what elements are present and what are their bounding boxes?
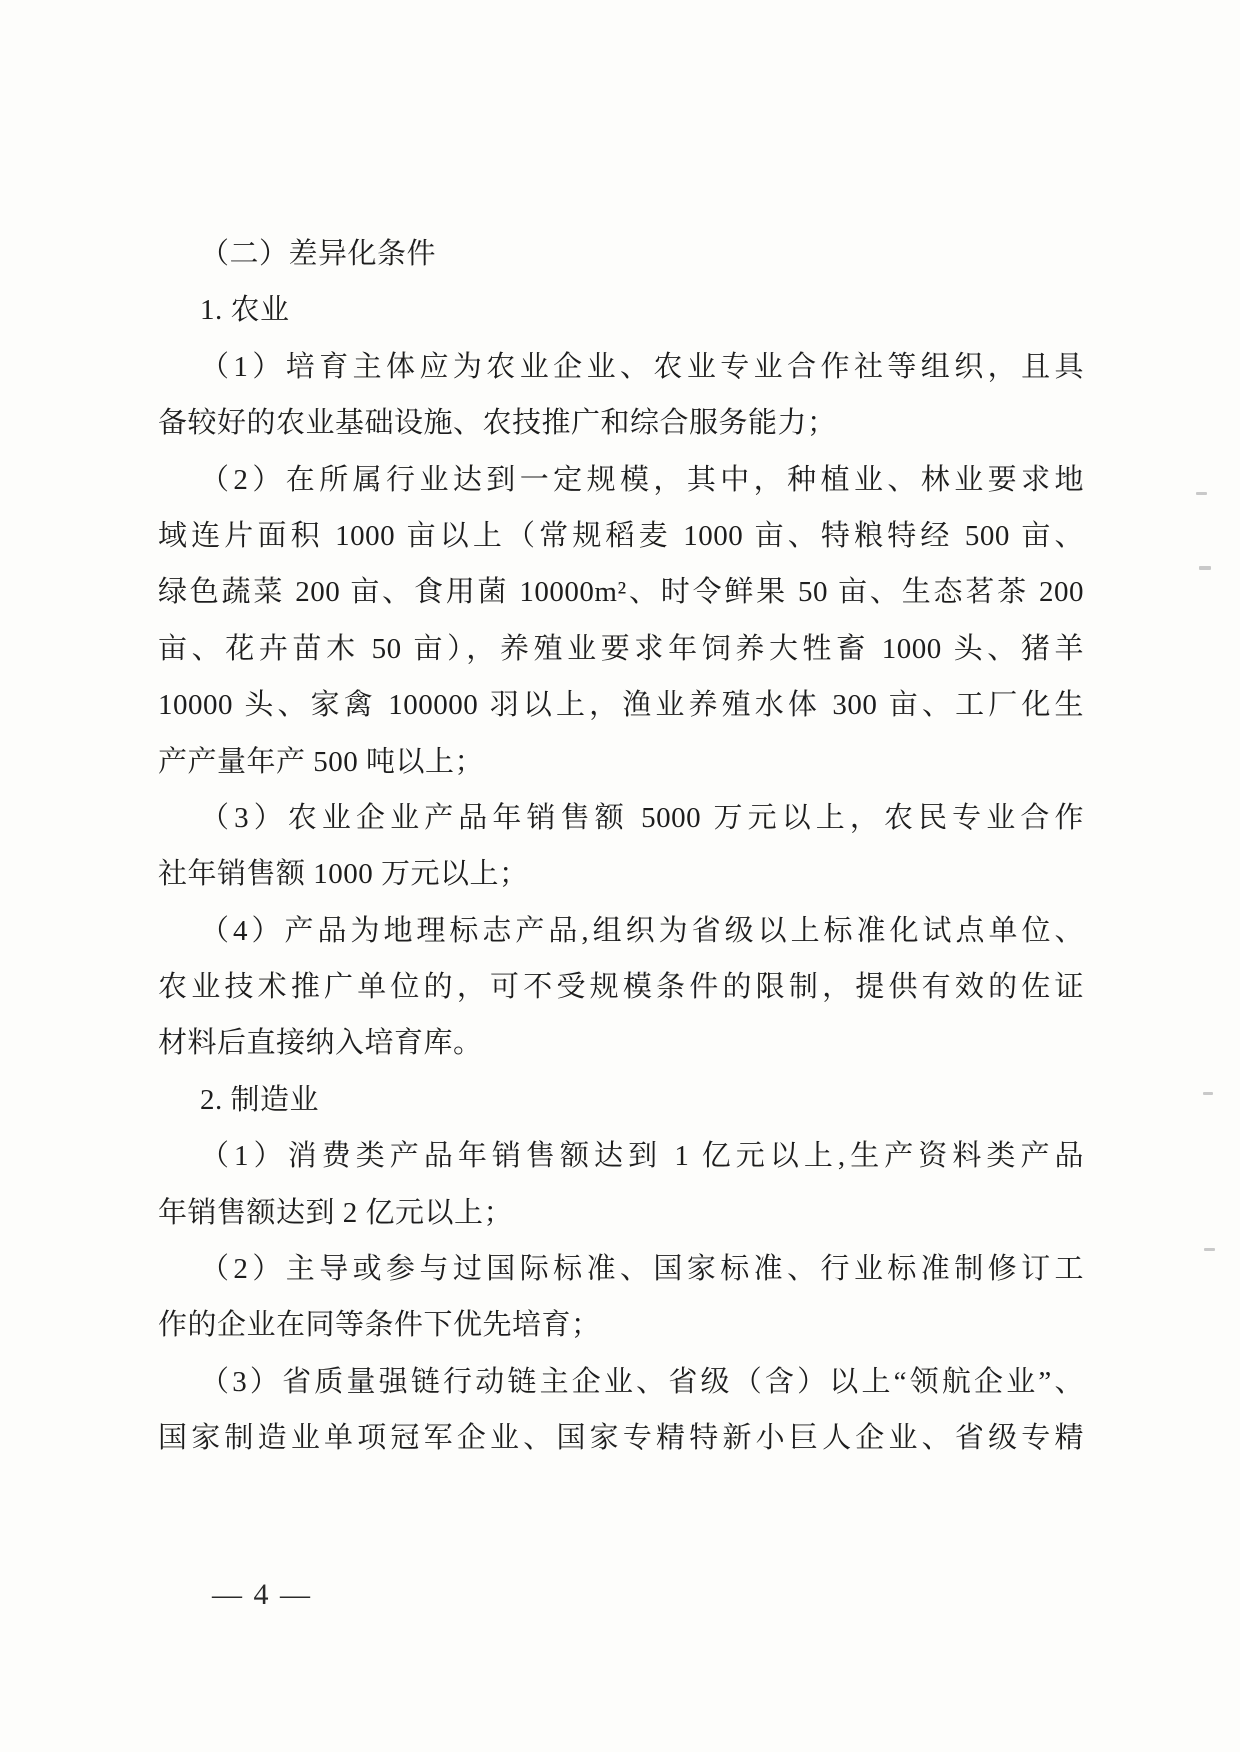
text-line: 作的企业在同等条件下优先培育； [158,1297,1084,1353]
scan-artifact [1196,492,1207,495]
text-line: 材料后直接纳入培育库。 [158,1015,1084,1071]
text-line: （3）省质量强链行动链主企业、省级（含）以上“领航企业”、 [158,1354,1084,1410]
text-line: （2）主导或参与过国际标准、国家标准、行业标准制修订工 [158,1241,1084,1297]
text-line: 域连片面积 1000 亩以上（常规稻麦 1000 亩、特粮特经 500 亩、 [158,508,1084,564]
text-line: 产产量年产 500 吨以上； [158,734,1084,790]
paragraph-agri-3: （3）农业企业产品年销售额 5000 万元以上，农民专业合作社年销售额 1000… [158,790,1084,903]
paragraph-agri-4: （4）产品为地理标志产品,组织为省级以上标准化试点单位、农业技术推广单位的，可不… [158,903,1084,1072]
text-line: 绿色蔬菜 200 亩、食用菌 10000m²、时令鲜果 50 亩、生态茗茶 20… [158,564,1084,620]
text-line: 社年销售额 1000 万元以上； [158,846,1084,902]
text-line: （4）产品为地理标志产品,组织为省级以上标准化试点单位、 [158,903,1084,959]
scan-artifact [1203,1092,1213,1095]
paragraph-mfg-3: （3）省质量强链行动链主企业、省级（含）以上“领航企业”、国家制造业单项冠军企业… [158,1354,1084,1467]
text-line: 亩、花卉苗木 50 亩），养殖业要求年饲养大牲畜 1000 头、猪羊 [158,621,1084,677]
subsection-heading-agriculture: 1. 农业 [158,282,1084,338]
scan-artifact [1204,1248,1215,1251]
section-heading: （二）差异化条件 [158,226,1084,282]
paragraph-agri-1: （1）培育主体应为农业企业、农业专业合作社等组织，且具备较好的农业基础设施、农技… [158,339,1084,452]
text-line: 农业技术推广单位的，可不受规模条件的限制，提供有效的佐证 [158,959,1084,1015]
document-body: （二）差异化条件1. 农业（1）培育主体应为农业企业、农业专业合作社等组织，且具… [158,226,1084,1467]
paragraph-mfg-1: （1）消费类产品年销售额达到 1 亿元以上,生产资料类产品年销售额达到 2 亿元… [158,1128,1084,1241]
scanned-document-page: （二）差异化条件1. 农业（1）培育主体应为农业企业、农业专业合作社等组织，且具… [0,0,1240,1752]
text-line: （二）差异化条件 [158,226,1084,282]
text-line: 国家制造业单项冠军企业、国家专精特新小巨人企业、省级专精 [158,1410,1084,1466]
text-line: 年销售额达到 2 亿元以上； [158,1185,1084,1241]
paragraph-agri-2: （2）在所属行业达到一定规模，其中，种植业、林业要求地域连片面积 1000 亩以… [158,452,1084,790]
paragraph-mfg-2: （2）主导或参与过国际标准、国家标准、行业标准制修订工作的企业在同等条件下优先培… [158,1241,1084,1354]
text-line: （1）消费类产品年销售额达到 1 亿元以上,生产资料类产品 [158,1128,1084,1184]
page-number: — 4 — [212,1578,312,1612]
text-line: （3）农业企业产品年销售额 5000 万元以上，农民专业合作 [158,790,1084,846]
text-line: 备较好的农业基础设施、农技推广和综合服务能力； [158,395,1084,451]
subsection-heading-manufacturing: 2. 制造业 [158,1072,1084,1128]
text-line: 2. 制造业 [158,1072,1084,1128]
text-line: （2）在所属行业达到一定规模，其中，种植业、林业要求地 [158,452,1084,508]
text-line: 10000 头、家禽 100000 羽以上，渔业养殖水体 300 亩、工厂化生 [158,677,1084,733]
text-line: （1）培育主体应为农业企业、农业专业合作社等组织，且具 [158,339,1084,395]
text-line: 1. 农业 [158,282,1084,338]
scan-artifact [1199,566,1211,570]
